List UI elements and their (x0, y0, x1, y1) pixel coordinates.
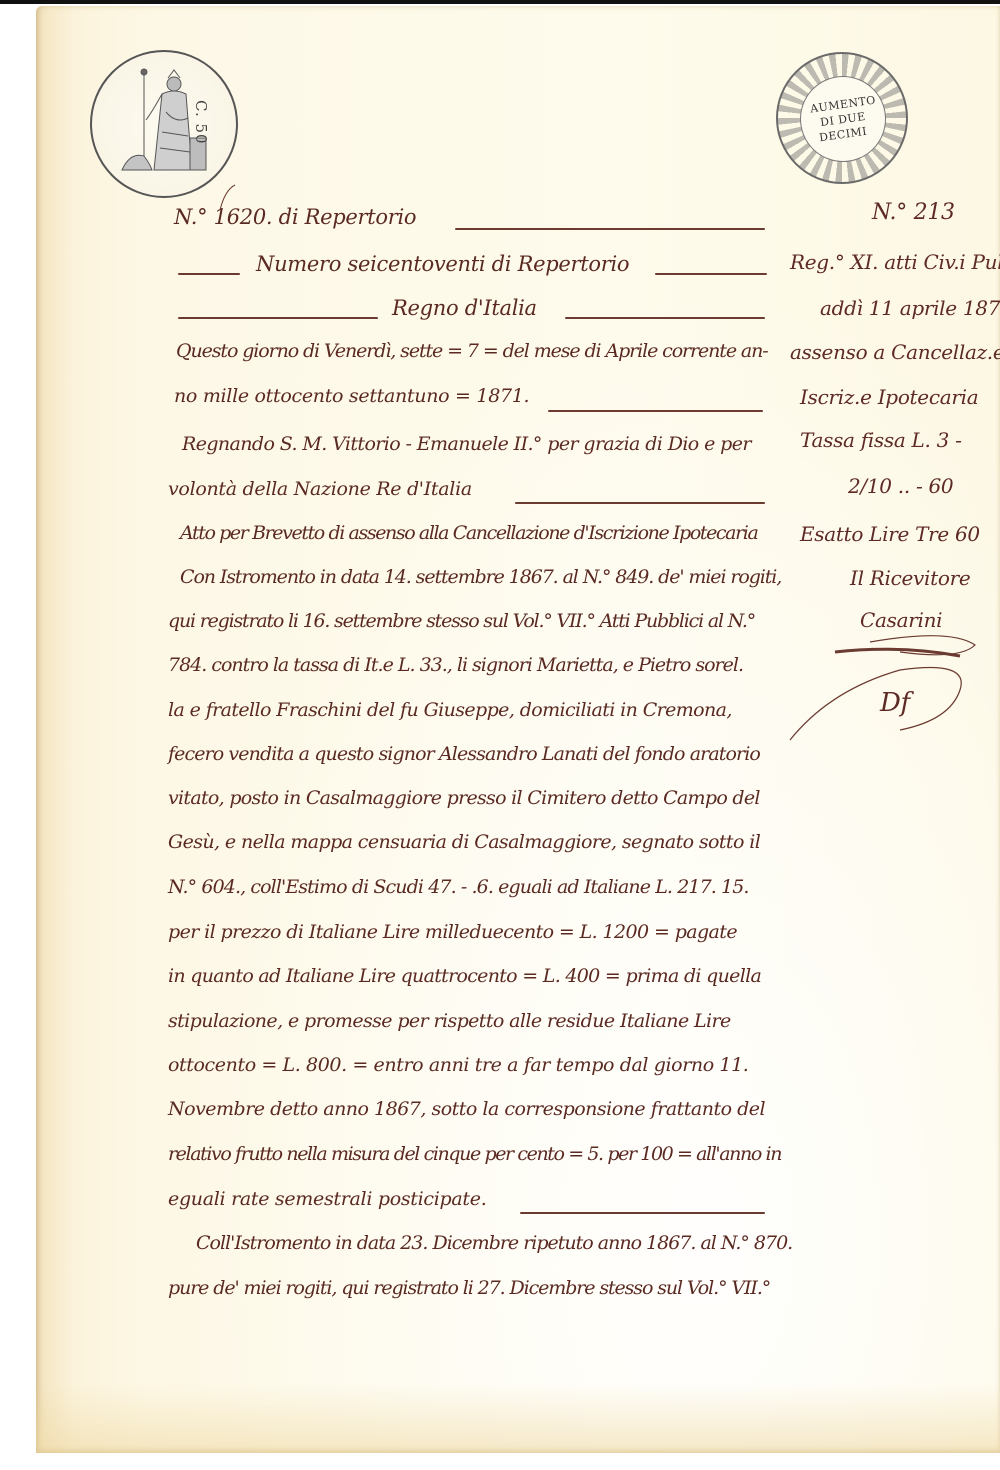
divider (455, 228, 765, 230)
margin-number: N.° 213 (872, 200, 955, 225)
body-line: per il prezzo di Italiane Lire milleduec… (168, 921, 737, 943)
revenue-stamp (90, 50, 238, 198)
margin-line: Tassa fissa L. 3 - (800, 428, 962, 452)
body-line: Con Istromento in data 14. settembre 186… (180, 566, 781, 588)
body-line: relativo frutto nella misura del cinque … (168, 1143, 781, 1165)
divider (565, 317, 765, 319)
divider (655, 273, 767, 275)
repertorio-number: N.° 1620. di Repertorio (174, 205, 416, 229)
body-line: Atto per Brevetto di assenso alla Cancel… (180, 522, 757, 544)
margin-line: addì 11 aprile 1871 (820, 296, 1000, 320)
margin-line: 2/10 .. - 60 (848, 474, 953, 498)
divider (520, 1212, 765, 1214)
repertorio-number-words: Numero seicentoventi di Repertorio (256, 252, 629, 276)
body-line: volontà della Nazione Re d'Italia (168, 478, 472, 500)
margin-line: Reg.° XI. atti Civ.i Pub. (790, 250, 1000, 274)
margin-line: assenso a Cancellaz.e di (790, 340, 1000, 364)
receiver-signature: Casarini (860, 608, 942, 632)
body-line: qui registrato li 16. settembre stesso s… (168, 610, 755, 632)
kingdom-heading: Regno d'Italia (392, 296, 537, 320)
margin-line: Iscriz.e Ipotecaria (800, 385, 978, 409)
body-line: eguali rate semestrali posticipate. (168, 1188, 486, 1210)
stamp-value: C. 50 (192, 100, 210, 145)
body-line: in quanto ad Italiane Lire quattrocento … (168, 965, 761, 987)
notary-initials: Df (880, 688, 910, 718)
body-line: N.° 604., coll'Estimo di Scudi 47. - .6.… (168, 876, 749, 898)
margin-line: Il Ricevitore (850, 566, 970, 590)
body-line: vitato, posto in Casalmaggiore presso il… (168, 787, 760, 809)
body-line: la e fratello Fraschini del fu Giuseppe,… (168, 699, 732, 721)
body-line: 784. contro la tassa di It.e L. 33., li … (168, 654, 743, 676)
body-line: ottocento = L. 800. = entro anni tre a f… (168, 1054, 748, 1076)
body-line: Regnando S. M. Vittorio - Emanuele II.° … (182, 433, 751, 455)
divider (178, 317, 378, 319)
surcharge-stamp: AUMENTO DI DUE DECIMI (776, 52, 908, 184)
body-line: stipulazione, e promesse per rispetto al… (168, 1010, 731, 1032)
margin-line: Esatto Lire Tre 60 (800, 522, 980, 546)
italia-figure-icon (92, 52, 236, 196)
divider (515, 502, 765, 504)
body-line: pure de' miei rogiti, qui registrato li … (168, 1277, 770, 1299)
divider (178, 273, 240, 275)
top-black-strip (0, 0, 1000, 4)
divider (548, 410, 763, 412)
body-line: Questo giorno di Venerdì, sette = 7 = de… (176, 340, 768, 362)
body-line: Coll'Istromento in data 23. Dicembre rip… (196, 1232, 792, 1254)
body-line: fecero vendita a questo signor Alessandr… (168, 743, 760, 765)
body-line: Gesù, e nella mappa censuaria di Casalma… (168, 831, 760, 853)
body-line: no mille ottocento settantuno = 1871. (174, 385, 529, 407)
body-line: Novembre detto anno 1867, sotto la corre… (168, 1098, 765, 1120)
